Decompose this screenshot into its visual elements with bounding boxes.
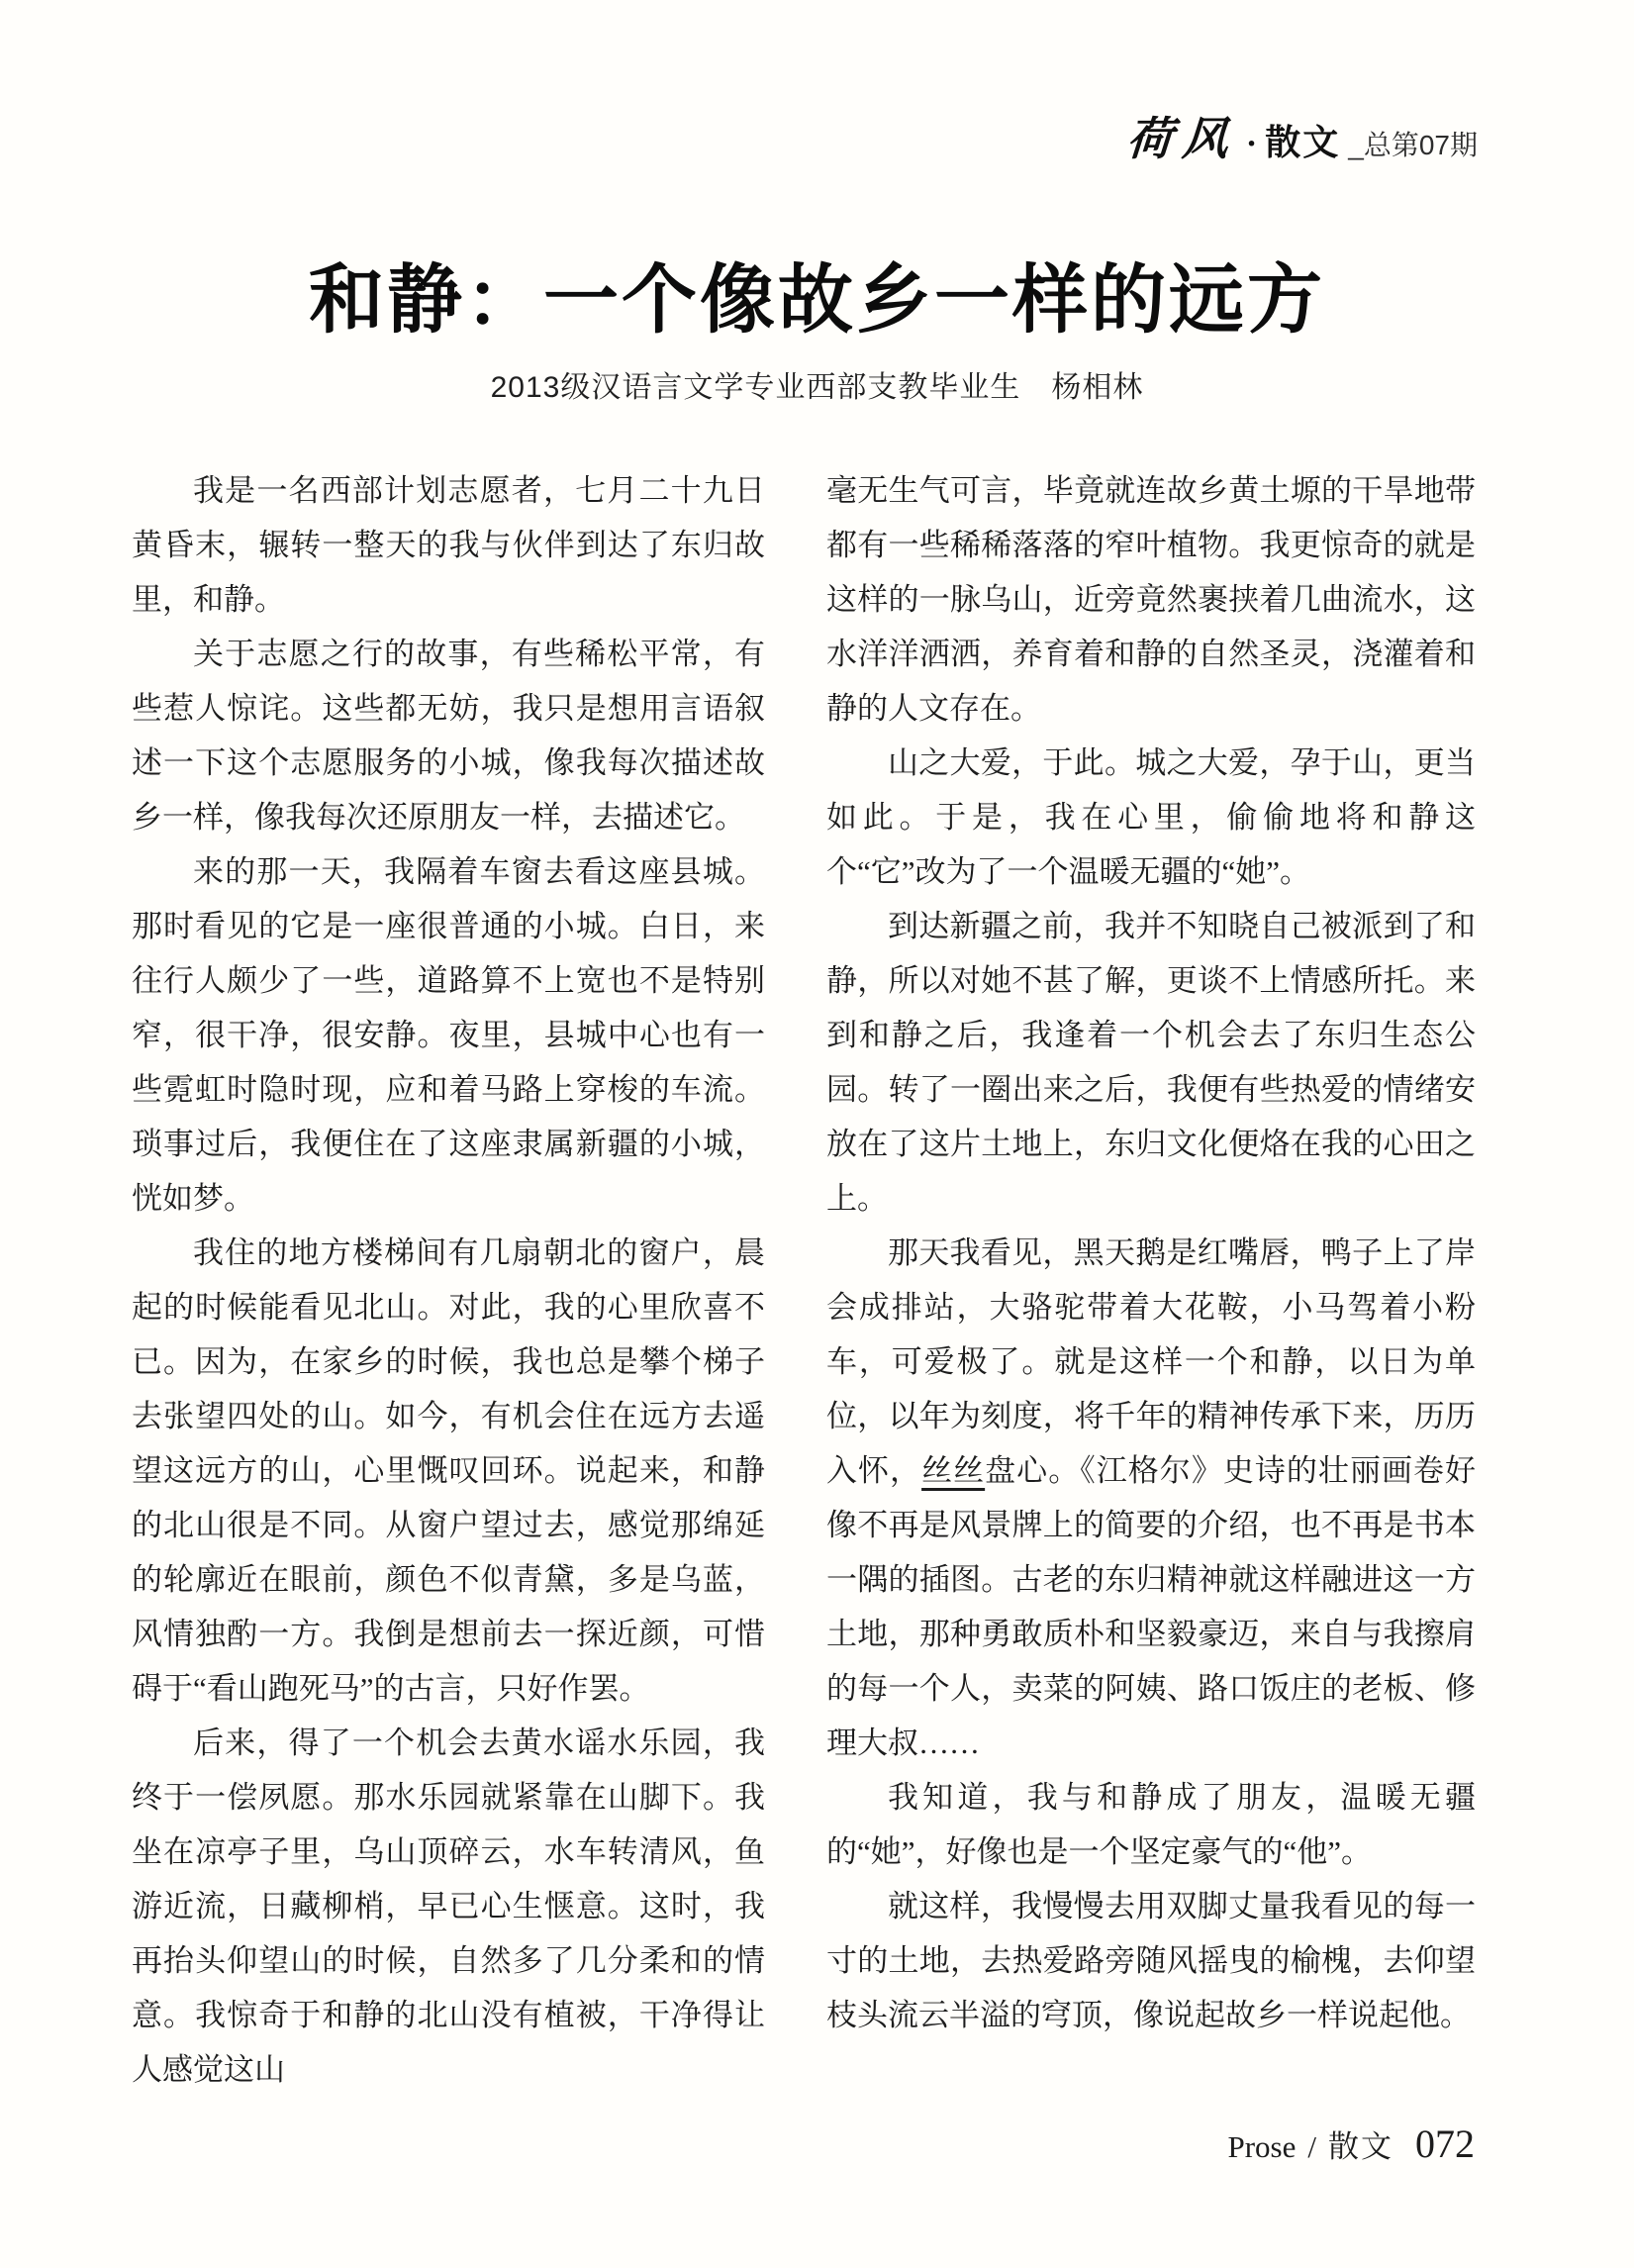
text-segment: 我住的地方楼梯间有几扇朝北的窗户，晨起的时候能看见北山。对此，我的心里欣喜不已。…	[132, 1235, 765, 1706]
paragraph: 关于志愿之行的故事，有些稀松平常，有些惹人惊诧。这些都无妨，我只是想用言语叙述一…	[132, 627, 765, 844]
paragraph: 山之大爱，于此。城之大爱，孕于山，更当如此。于是，我在心里，偷偷地将和静这个“它…	[826, 736, 1476, 899]
footer-section-zh: 散文	[1328, 2121, 1394, 2166]
paragraph: 到达新疆之前，我并不知晓自己被派到了和静，所以对她不甚了解，更谈不上情感所托。来…	[826, 899, 1476, 1226]
masthead-section-label: 散文	[1265, 115, 1340, 165]
paragraph: 后来，得了一个机会去黄水谣水乐园，我终于一偿夙愿。那水乐园就紧靠在山脚下。我坐在…	[132, 1716, 765, 2097]
text-segment: 毫无生气可言，毕竟就连故乡黄土塬的干旱地带都有一些稀稀落落的窄叶植物。我更惊奇的…	[826, 473, 1476, 726]
text-segment: 那天我看见，黑天鹅是红嘴唇，鸭子上了岸会成排站，大骆驼带着大花鞍，小马驾着小粉车…	[826, 1235, 1476, 1488]
text-segment: 就这样，我慢慢去用双脚丈量我看见的每一寸的土地，去热爱路旁随风摇曳的榆槐，去仰望…	[826, 1889, 1476, 2032]
text-column-right: 毫无生气可言，毕竟就连故乡黄土塬的干旱地带都有一些稀稀落落的窄叶植物。我更惊奇的…	[826, 463, 1476, 2042]
masthead-issue-label: _总第07期	[1348, 124, 1478, 163]
paragraph: 就这样，我慢慢去用双脚丈量我看见的每一寸的土地，去热爱路旁随风摇曳的榆槐，去仰望…	[826, 1879, 1476, 2042]
masthead-dot-separator: ·	[1246, 126, 1257, 163]
text-segment: 我知道，我与和静成了朋友，温暖无疆的“她”，好像也是一个坚定豪气的“他”。	[826, 1780, 1476, 1869]
underlined-text: 丝丝	[921, 1453, 985, 1488]
text-column-left: 我是一名西部计划志愿者，七月二十九日黄昏末，辗转一整天的我与伙伴到达了东归故里，…	[132, 463, 765, 2097]
text-segment: 山之大爱，于此。城之大爱，孕于山，更当如此。于是，我在心里，偷偷地将和静这个“它…	[826, 745, 1476, 889]
text-segment: 到达新疆之前，我并不知晓自己被派到了和静，所以对她不甚了解，更谈不上情感所托。来…	[826, 909, 1476, 1216]
paragraph: 那天我看见，黑天鹅是红嘴唇，鸭子上了岸会成排站，大骆驼带着大花鞍，小马驾着小粉车…	[826, 1226, 1476, 1770]
footer-section-en: Prose	[1227, 2129, 1296, 2165]
footer-separator: /	[1307, 2129, 1316, 2165]
article-byline: 2013级汉语言文学专业西部支教毕业生 杨相林	[0, 362, 1634, 406]
masthead-brand-script: 荷风	[1125, 103, 1241, 168]
page-footer: Prose / 散文 072	[1227, 2120, 1475, 2167]
text-segment: 后来，得了一个机会去黄水谣水乐园，我终于一偿夙愿。那水乐园就紧靠在山脚下。我坐在…	[132, 1726, 765, 2087]
text-segment: 盘心。《江格尔》史诗的壮丽画卷好像不再是风景牌上的简要的介绍，也不再是书本一隅的…	[826, 1453, 1476, 1760]
magazine-page: 荷风 · 散文 _总第07期 和静：一个像故乡一样的远方 2013级汉语言文学专…	[0, 0, 1634, 2268]
article-title: 和静：一个像故乡一样的远方	[0, 240, 1634, 347]
masthead: 荷风 · 散文 _总第07期	[1127, 103, 1478, 168]
page-number: 072	[1415, 2120, 1475, 2167]
paragraph: 我知道，我与和静成了朋友，温暖无疆的“她”，好像也是一个坚定豪气的“他”。	[826, 1770, 1476, 1879]
paragraph: 毫无生气可言，毕竟就连故乡黄土塬的干旱地带都有一些稀稀落落的窄叶植物。我更惊奇的…	[826, 463, 1476, 736]
paragraph: 来的那一天，我隔着车窗去看这座县城。那时看见的它是一座很普通的小城。白日，来往行…	[132, 844, 765, 1226]
text-segment: 我是一名西部计划志愿者，七月二十九日黄昏末，辗转一整天的我与伙伴到达了东归故里，…	[132, 473, 765, 617]
paragraph: 我是一名西部计划志愿者，七月二十九日黄昏末，辗转一整天的我与伙伴到达了东归故里，…	[132, 463, 765, 627]
text-segment: 关于志愿之行的故事，有些稀松平常，有些惹人惊诧。这些都无妨，我只是想用言语叙述一…	[132, 637, 765, 835]
text-segment: 来的那一天，我隔着车窗去看这座县城。那时看见的它是一座很普通的小城。白日，来往行…	[132, 854, 765, 1216]
paragraph: 我住的地方楼梯间有几扇朝北的窗户，晨起的时候能看见北山。对此，我的心里欣喜不已。…	[132, 1226, 765, 1716]
